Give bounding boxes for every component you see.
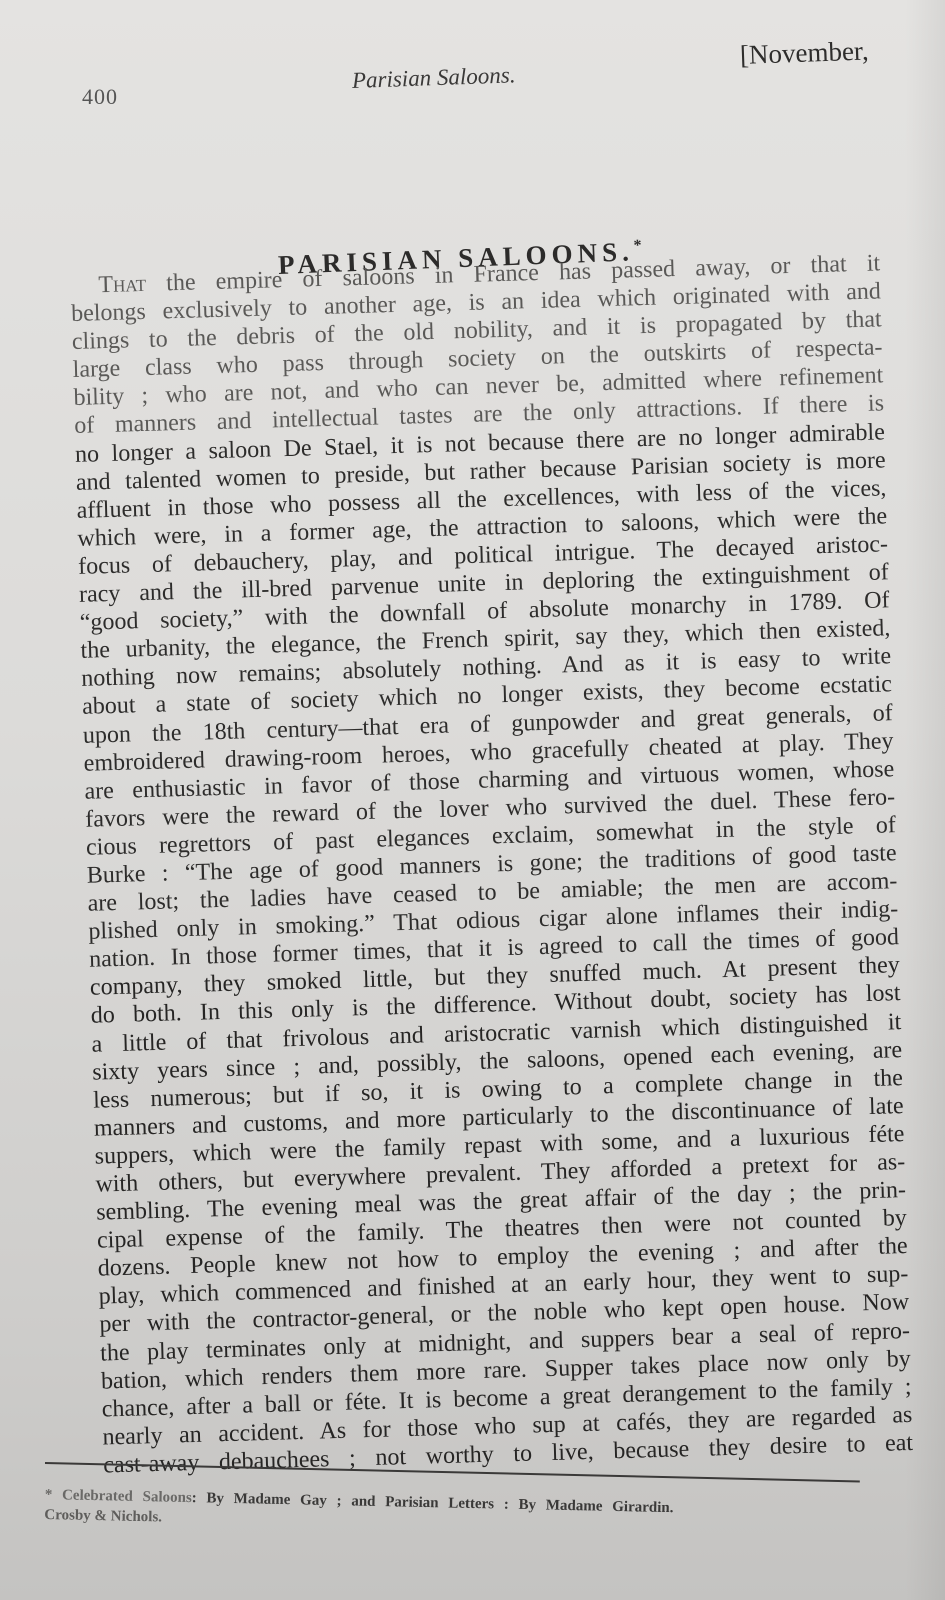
article-body: That the empire of saloons in France has… bbox=[70, 249, 913, 1479]
footnote-reference-marker: * bbox=[633, 237, 642, 254]
footnote: * Celebrated Saloons: By Madame Gay ; an… bbox=[44, 1485, 865, 1542]
opening-word: That bbox=[98, 271, 146, 298]
page-number: 400 bbox=[82, 84, 118, 110]
running-title: Parisian Saloons. bbox=[352, 62, 516, 94]
footnote-source-title: Celebrated Saloons bbox=[62, 1487, 192, 1506]
footnote-marker: * bbox=[45, 1487, 53, 1503]
running-head: 400 Parisian Saloons. [November, bbox=[0, 0, 945, 140]
running-date: [November, bbox=[739, 36, 869, 71]
page-edge-shadow bbox=[905, 0, 945, 1600]
